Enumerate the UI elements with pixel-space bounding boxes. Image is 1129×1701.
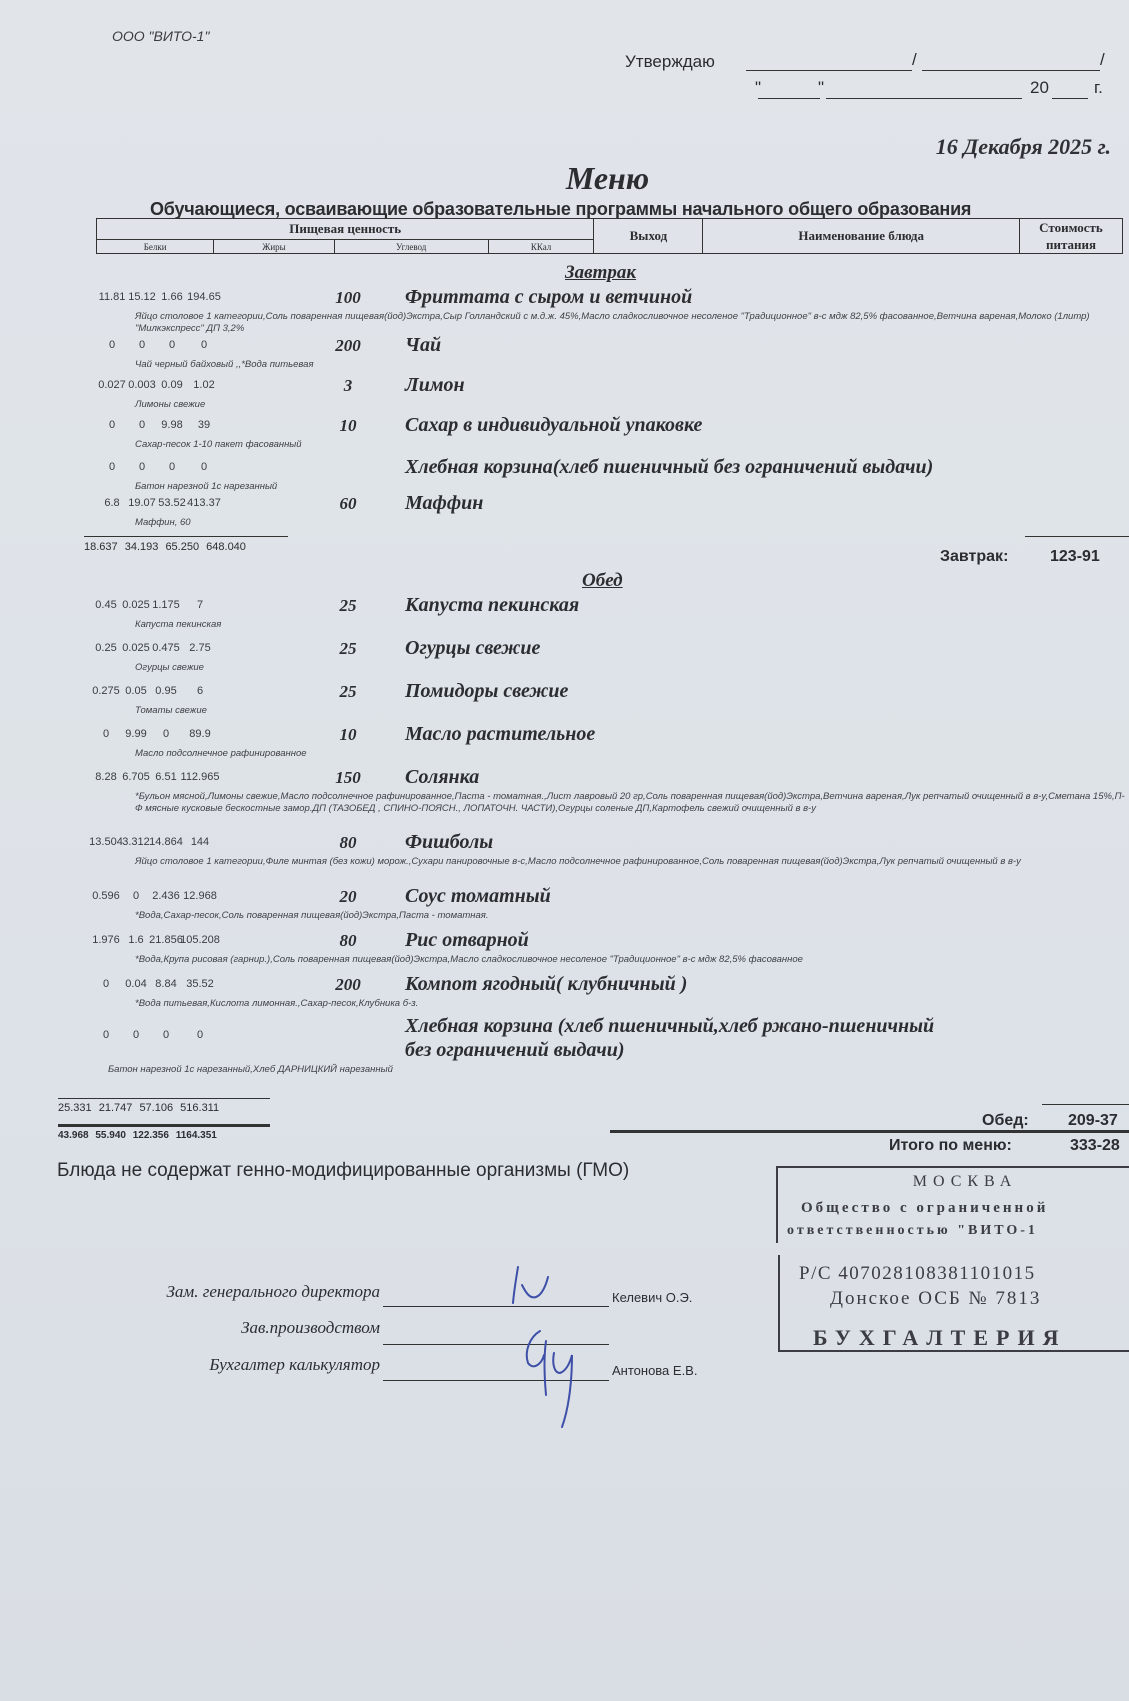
item-yield: 150 bbox=[318, 768, 378, 788]
lunch-total-carbs: 57.106 bbox=[139, 1102, 173, 1114]
item-yield: 200 bbox=[318, 975, 378, 995]
signature-name-accountant: Антонова Е.В. bbox=[612, 1363, 697, 1378]
yield-header: Выход bbox=[594, 219, 703, 254]
item-kcal: 1.02 bbox=[176, 379, 232, 391]
approve-signature-line[interactable] bbox=[746, 50, 912, 71]
grand-nutrition-totals: 43.968 55.940 122.356 1164.351 bbox=[58, 1130, 217, 1141]
dish-name: Сахар в индивидуальной упаковке bbox=[405, 414, 702, 437]
cost-header: Стоимость питания bbox=[1020, 219, 1123, 254]
item-kcal: 0 bbox=[176, 461, 232, 473]
organization-name: ООО "ВИТО-1" bbox=[112, 28, 209, 44]
grand-total-carbs: 122.356 bbox=[133, 1130, 169, 1141]
item-kcal: 0 bbox=[172, 1029, 228, 1041]
year-line[interactable] bbox=[1052, 78, 1088, 99]
dish-name: Масло растительное bbox=[405, 723, 595, 746]
lunch-total-cost: 209-37 bbox=[1068, 1112, 1118, 1130]
breakfast-section-title: Завтрак bbox=[565, 262, 636, 284]
grand-total-label: Итого по меню: bbox=[889, 1137, 1012, 1155]
item-yield: 10 bbox=[318, 416, 378, 436]
dish-ingredients: Лимоны свежие bbox=[135, 399, 205, 411]
lunch-nutrition-totals: 25.331 21.747 57.106 516.311 bbox=[58, 1102, 219, 1114]
gmo-note: Блюда не содержат генно-модифицированные… bbox=[57, 1160, 629, 1182]
dish-name: Хлебная корзина(хлеб пшеничный без огран… bbox=[405, 456, 933, 479]
approve-name-line[interactable] bbox=[922, 50, 1100, 71]
item-kcal: 89.9 bbox=[172, 728, 228, 740]
cost-header-line2: питания bbox=[1020, 236, 1122, 253]
grand-total-cost: 333-28 bbox=[1070, 1137, 1120, 1155]
dish-name: Чай bbox=[405, 334, 441, 357]
dish-ingredients: Яйцо столовое 1 категории,Соль поваренна… bbox=[135, 311, 1100, 335]
separator: / bbox=[912, 50, 917, 70]
item-yield: 60 bbox=[318, 494, 378, 514]
item-yield: 200 bbox=[318, 336, 378, 356]
cost-header-line1: Стоимость bbox=[1020, 219, 1122, 236]
menu-document: ООО "ВИТО-1" Утверждаю / / " " 20 г. 16 … bbox=[0, 0, 1129, 1701]
signature-role-production-head: Зав.производством bbox=[100, 1318, 380, 1338]
dish-name-header: Наименование блюда bbox=[703, 219, 1020, 254]
day-line[interactable] bbox=[758, 78, 820, 99]
item-kcal: 7 bbox=[172, 599, 228, 611]
proteins-header: Белки bbox=[97, 240, 214, 254]
dish-ingredients: Огурцы свежие bbox=[135, 662, 204, 674]
grand-total-kcal: 1164.351 bbox=[176, 1130, 217, 1141]
dish-name: Фриттата с сыром и ветчиной bbox=[405, 286, 692, 309]
signature-name-deputy-director: Келевич О.Э. bbox=[612, 1290, 692, 1305]
lunch-cost-rule bbox=[1042, 1104, 1129, 1105]
lunch-total-label: Обед: bbox=[982, 1112, 1029, 1130]
dish-name: Хлебная корзина (хлеб пшеничный,хлеб ржа… bbox=[405, 1015, 934, 1038]
stamp-line1: Общество с ограниченной bbox=[801, 1200, 1048, 1217]
page-title: Меню bbox=[0, 160, 1129, 197]
item-yield: 20 bbox=[318, 887, 378, 907]
item-kcal: 144 bbox=[172, 836, 228, 848]
item-kcal: 0 bbox=[176, 339, 232, 351]
item-kcal: 105.208 bbox=[172, 934, 228, 946]
item-yield: 3 bbox=[318, 376, 378, 396]
page-subtitle: Обучающиеся, осваивающие образовательные… bbox=[150, 199, 971, 220]
item-yield: 25 bbox=[318, 596, 378, 616]
stamp-city: МОСКВА bbox=[775, 1165, 1129, 1191]
dish-ingredients: *Вода,Крупа рисовая (гарнир.),Соль повар… bbox=[135, 954, 1125, 966]
breakfast-total-carbs: 65.250 bbox=[165, 541, 199, 553]
item-kcal: 35.52 bbox=[172, 978, 228, 990]
dish-name: Помидоры свежие bbox=[405, 680, 568, 703]
handwritten-signature-icon bbox=[500, 1255, 610, 1430]
breakfast-total-proteins: 18.637 bbox=[84, 541, 118, 553]
item-kcal: 12.968 bbox=[172, 890, 228, 902]
dish-name: Фишболы bbox=[405, 831, 493, 854]
document-date: 16 Декабря 2025 г. bbox=[936, 134, 1111, 160]
signature-role-accountant: Бухгалтер калькулятор bbox=[100, 1355, 380, 1375]
dish-ingredients: Капуста пекинская bbox=[135, 619, 221, 631]
item-yield: 80 bbox=[318, 931, 378, 951]
kcal-header: ККал bbox=[488, 240, 594, 254]
item-yield: 100 bbox=[318, 288, 378, 308]
stamp-line2: ответственностью "ВИТО-1 bbox=[787, 1223, 1038, 1239]
quote-close: " bbox=[818, 78, 824, 98]
fats-header: Жиры bbox=[214, 240, 334, 254]
breakfast-total-label: Завтрак: bbox=[940, 548, 1008, 566]
dish-ingredients: Маффин, 60 bbox=[135, 517, 191, 529]
breakfast-total-fats: 34.193 bbox=[125, 541, 159, 553]
dish-name: Солянка bbox=[405, 766, 479, 789]
item-kcal: 194.65 bbox=[176, 291, 232, 303]
year-prefix: 20 bbox=[1030, 78, 1049, 98]
dish-ingredients: *Бульон мясной,Лимоны свежие,Масло подсо… bbox=[135, 791, 1125, 815]
dish-name: Рис отварной bbox=[405, 929, 529, 952]
lunch-section-title: Обед bbox=[582, 570, 623, 592]
item-kcal: 413.37 bbox=[176, 497, 232, 509]
carbs-header: Углевод bbox=[334, 240, 488, 254]
dish-ingredients: Сахар-песок 1-10 пакет фасованный bbox=[135, 439, 302, 451]
signature-role-deputy-director: Зам. генерального директора bbox=[100, 1282, 380, 1302]
dish-ingredients: *Вода питьевая,Кислота лимонная.,Сахар-п… bbox=[135, 998, 418, 1010]
dish-name: Компот ягодный( клубничный ) bbox=[405, 973, 687, 996]
dish-ingredients: *Вода,Сахар-песок,Соль поваренная пищева… bbox=[135, 910, 1035, 922]
dish-name: Капуста пекинская bbox=[405, 594, 579, 617]
item-kcal: 6 bbox=[172, 685, 228, 697]
column-header-table: Пищевая ценность Выход Наименование блюд… bbox=[96, 218, 1123, 254]
grand-total-proteins: 43.968 bbox=[58, 1130, 89, 1141]
breakfast-cost-rule bbox=[1025, 536, 1129, 537]
company-stamp: МОСКВА Общество с ограниченной ответстве… bbox=[775, 1165, 1129, 1355]
lunch-total-proteins: 25.331 bbox=[58, 1102, 92, 1114]
stamp-account: Р/С 407028108381101015 bbox=[799, 1263, 1036, 1285]
lunch-total-fats: 21.747 bbox=[99, 1102, 133, 1114]
separator: / bbox=[1100, 50, 1105, 70]
item-yield: 80 bbox=[318, 833, 378, 853]
nutrition-value-header: Пищевая ценность bbox=[97, 219, 594, 240]
item-kcal: 112.965 bbox=[172, 771, 228, 783]
dish-ingredients: Яйцо столовое 1 категории,Филе минтая (б… bbox=[135, 856, 1125, 868]
dish-name: Маффин bbox=[405, 492, 483, 515]
dish-ingredients: Чай черный байховый ,,*Вода питьевая bbox=[135, 359, 314, 371]
item-kcal: 2.75 bbox=[172, 642, 228, 654]
stamp-department: БУХГАЛТЕРИЯ bbox=[813, 1325, 1066, 1351]
dish-ingredients: Томаты свежие bbox=[135, 705, 207, 717]
month-line[interactable] bbox=[826, 78, 1022, 99]
dish-ingredients: Батон нарезной 1с нарезанный,Хлеб ДАРНИЦ… bbox=[108, 1064, 393, 1076]
breakfast-total-kcal: 648.040 bbox=[206, 541, 246, 553]
breakfast-total-rule bbox=[84, 536, 288, 537]
dish-name: Соус томатный bbox=[405, 885, 551, 908]
dish-name-line2: без ограничений выдачи) bbox=[405, 1039, 624, 1062]
grand-total-rule bbox=[58, 1124, 270, 1127]
lunch-total-kcal: 516.311 bbox=[180, 1102, 219, 1114]
dish-name: Огурцы свежие bbox=[405, 637, 540, 660]
item-kcal: 39 bbox=[176, 419, 232, 431]
approve-label: Утверждаю bbox=[625, 52, 715, 72]
stamp-bank: Донское ОСБ № 7813 bbox=[830, 1288, 1041, 1310]
item-yield: 10 bbox=[318, 725, 378, 745]
year-suffix: г. bbox=[1094, 78, 1103, 98]
breakfast-total-cost: 123-91 bbox=[1050, 548, 1100, 566]
grand-cost-rule bbox=[610, 1130, 1129, 1133]
dish-ingredients: Батон нарезной 1с нарезанный bbox=[135, 481, 277, 493]
item-yield: 25 bbox=[318, 639, 378, 659]
item-yield: 25 bbox=[318, 682, 378, 702]
grand-total-fats: 55.940 bbox=[95, 1130, 126, 1141]
breakfast-nutrition-totals: 18.637 34.193 65.250 648.040 bbox=[84, 541, 246, 553]
lunch-total-rule bbox=[58, 1098, 270, 1099]
dish-name: Лимон bbox=[405, 374, 465, 397]
dish-ingredients: Масло подсолнечное рафинированное bbox=[135, 748, 307, 760]
